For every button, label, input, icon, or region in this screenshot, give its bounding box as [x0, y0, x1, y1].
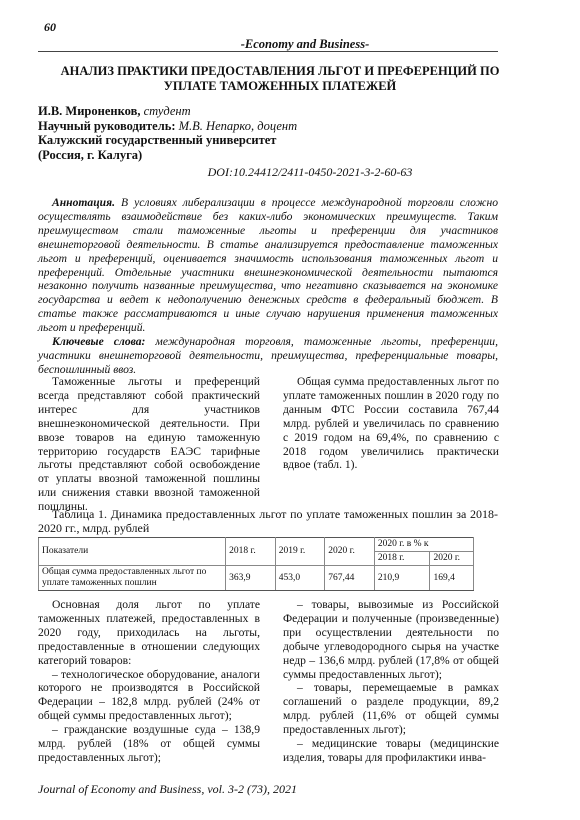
header-rule — [38, 51, 498, 52]
running-head: -Economy and Business- — [0, 37, 580, 52]
author-line: И.В. Мироненков, студент — [38, 104, 297, 119]
body-left-column-bottom: Основная доля льгот по уплате таможенных… — [38, 598, 260, 765]
article-title: АНАЛИЗ ПРАКТИКИ ПРЕДОСТАВЛЕНИЯ ЛЬГОТ И П… — [40, 64, 520, 94]
header-pct-2018: 2018 г. — [374, 552, 430, 566]
supervisor-label: Научный руководитель: — [38, 119, 176, 133]
body-left-column-top: Таможенные льготы и преференций всегда п… — [38, 375, 260, 514]
abstract-text: В условиях либерализации в процессе межд… — [38, 196, 498, 334]
header-pct-2020: 2020 г. — [430, 552, 474, 566]
list-item: – медицинские товары (медицинские издели… — [283, 737, 499, 765]
author-name: И.В. Мироненков, — [38, 104, 140, 118]
list-item: – технологическое оборудование, аналоги … — [38, 668, 260, 724]
list-item: – товары, вывозимые из Российской Федера… — [283, 598, 499, 681]
header-pct-group: 2020 г. в % к — [374, 538, 473, 552]
header-indicator: Показатели — [39, 538, 226, 566]
body-right-column-top: Общая сумма предоставленных льгот по упл… — [283, 375, 499, 472]
header-2018: 2018 г. — [226, 538, 276, 566]
location-text: (Россия, г. Калуга) — [38, 148, 142, 162]
table-header-row: Показатели 2018 г. 2019 г. 2020 г. 2020 … — [39, 538, 474, 552]
cell-indicator: Общая сумма предоставленных льгот по упл… — [39, 566, 226, 591]
location: (Россия, г. Калуга) — [38, 148, 297, 163]
author-block: И.В. Мироненков, студент Научный руковод… — [38, 104, 297, 162]
abstract: Аннотация. В условиях либерализации в пр… — [38, 196, 498, 377]
data-table: Показатели 2018 г. 2019 г. 2020 г. 2020 … — [38, 537, 474, 591]
list-item: – гражданские воздушные суда – 138,9 млр… — [38, 723, 260, 765]
supervisor-name: М.В. Непарко, доцент — [176, 119, 298, 133]
list-item: – товары, перемещаемые в рамках соглашен… — [283, 681, 499, 737]
header-2020: 2020 г. — [325, 538, 375, 566]
body-right-column-bottom: – товары, вывозимые из Российской Федера… — [283, 598, 499, 765]
keywords-label: Ключевые слова: — [52, 335, 145, 348]
page-number: 60 — [44, 20, 56, 35]
cell-pct-2020: 169,4 — [430, 566, 474, 591]
body-paragraph: Таможенные льготы и преференций всегда п… — [38, 375, 260, 514]
body-paragraph: Основная доля льгот по уплате таможенных… — [38, 598, 260, 668]
body-paragraph: Общая сумма предоставленных льгот по упл… — [283, 375, 499, 472]
affiliation: Калужский государственный университет — [38, 133, 297, 148]
keywords-paragraph: Ключевые слова: международная торговля, … — [38, 335, 498, 377]
abstract-label: Аннотация. — [52, 196, 115, 209]
affiliation-text: Калужский государственный университет — [38, 133, 276, 147]
header-2019: 2019 г. — [275, 538, 325, 566]
table-caption-text: Таблица 1. Динамика предоставленных льго… — [38, 508, 498, 536]
doi: DOI:10.24412/2411-0450-2021-3-2-60-63 — [0, 165, 580, 180]
table-caption: Таблица 1. Динамика предоставленных льго… — [38, 508, 498, 536]
cell-2020: 767,44 — [325, 566, 375, 591]
title-line-2: УПЛАТЕ ТАМОЖЕННЫХ ПЛАТЕЖЕЙ — [40, 79, 520, 94]
cell-2018: 363,9 — [226, 566, 276, 591]
title-line-1: АНАЛИЗ ПРАКТИКИ ПРЕДОСТАВЛЕНИЯ ЛЬГОТ И П… — [40, 64, 520, 79]
supervisor-line: Научный руководитель: М.В. Непарко, доце… — [38, 119, 297, 134]
cell-2019: 453,0 — [275, 566, 325, 591]
author-role: студент — [140, 104, 190, 118]
table-row: Общая сумма предоставленных льгот по упл… — [39, 566, 474, 591]
abstract-paragraph: Аннотация. В условиях либерализации в пр… — [38, 196, 498, 335]
cell-pct-2018: 210,9 — [374, 566, 430, 591]
journal-footer: Journal of Economy and Business, vol. 3-… — [38, 782, 297, 797]
